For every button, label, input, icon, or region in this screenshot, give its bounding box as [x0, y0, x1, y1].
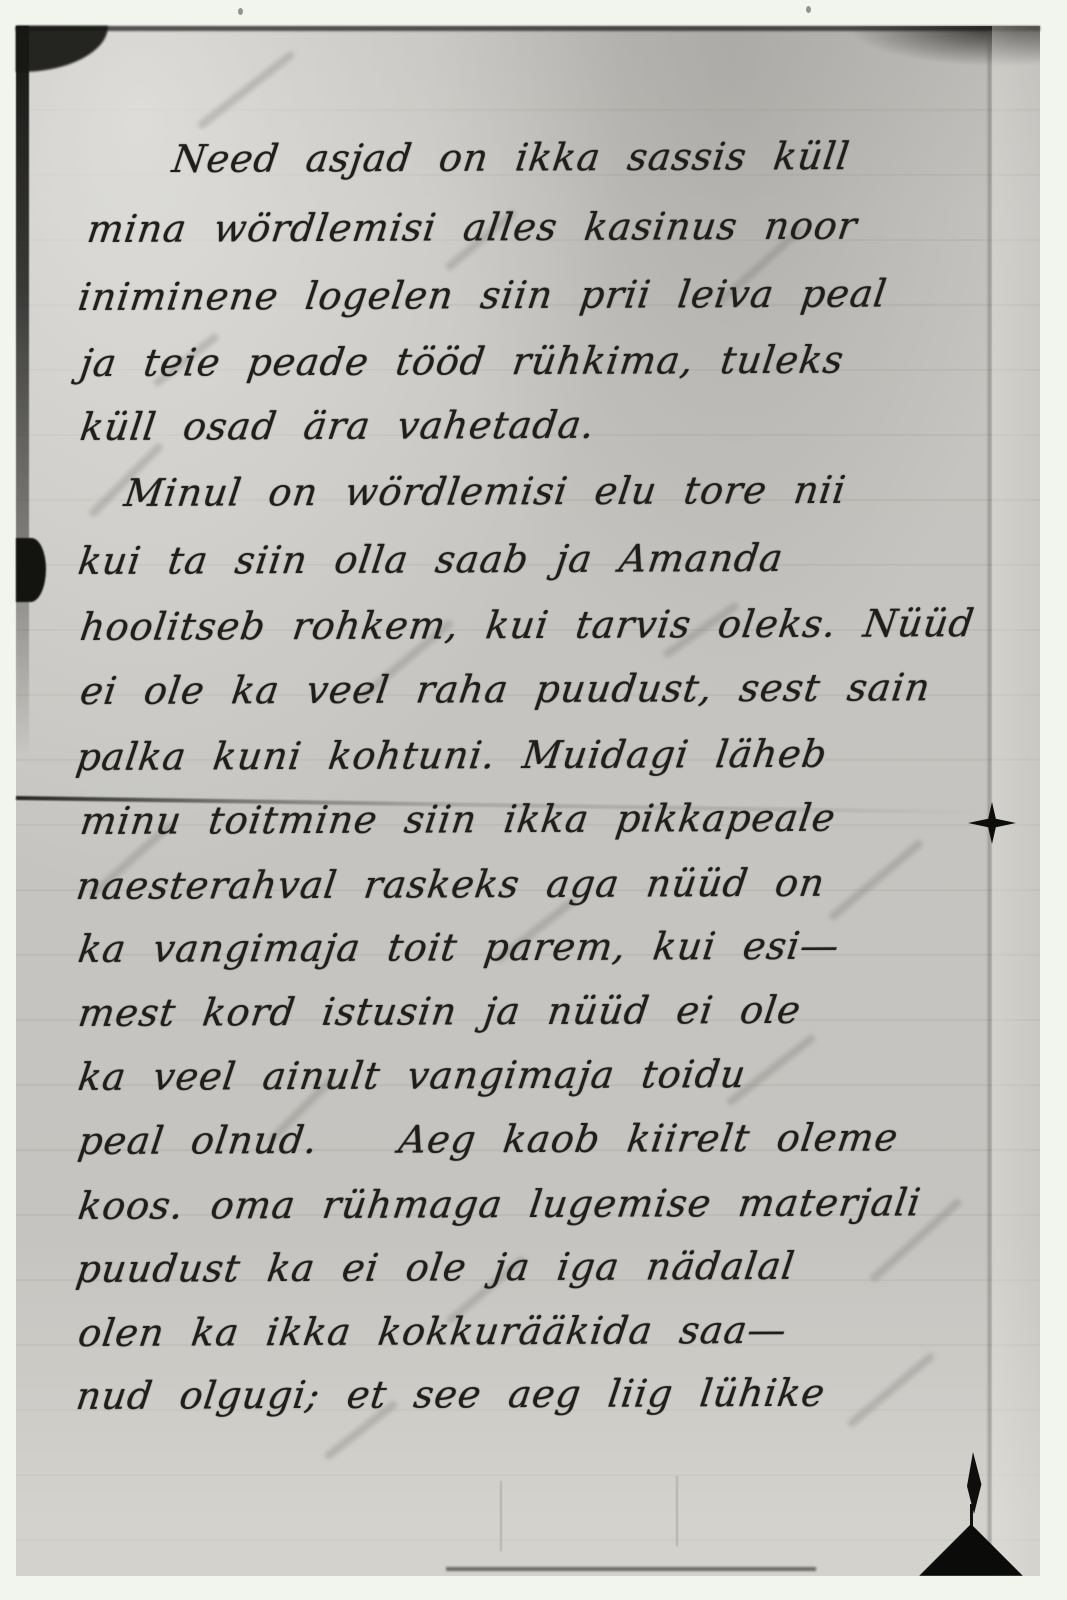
handwritten-line-13: ka vangimaja toit parem, kui esi—	[76, 927, 842, 968]
handwritten-line-15: ka veel ainult vangimaja toidu	[76, 1055, 749, 1096]
handwritten-line-16: peal olnud. Aeg kaob kiirelt oleme	[76, 1118, 901, 1160]
handwritten-line-6: Minul on wördlemisi elu tore nii	[122, 471, 849, 512]
handwritten-line-18: puudust ka ei ole ja iga nädalal	[74, 1247, 797, 1288]
handwritten-line-2: mina wördlemisi alles kasinus noor	[85, 207, 860, 248]
handwritten-line-4: ja teie peade tööd rühkima, tuleks	[78, 341, 846, 382]
handwritten-line-11: minu toitmine siin ikka pikkapeale	[78, 799, 838, 840]
handwritten-line-5: küll osad ära vahetada.	[78, 406, 597, 446]
handwritten-line-3: iniminene logelen siin prii leiva peal	[76, 274, 890, 316]
handwritten-line-12: naesterahval raskeks aga nüüd on	[74, 864, 828, 905]
margin-speck	[238, 8, 243, 15]
handwritten-line-19: olen ka ikka kokkurääkida saa—	[76, 1311, 789, 1352]
handwritten-line-10: palka kuni kohtuni. Muidagi läheb	[74, 735, 830, 776]
handwritten-line-8: hoolitseb rohkem, kui tarvis oleks. Nüüd	[78, 604, 977, 646]
handwritten-line-9: ei ole ka veel raha puudust, sest sain	[78, 668, 933, 710]
handwritten-line-7: kui ta siin olla saab ja Amanda	[76, 539, 786, 580]
photograph-of-handwritten-letter: Need asjad on ikka sassis küll mina wörd…	[16, 26, 1040, 1576]
handwritten-line-1: Need asjad on ikka sassis küll	[170, 137, 852, 178]
handwritten-text-block: Need asjad on ikka sassis küll mina wörd…	[16, 26, 1040, 1576]
handwritten-line-17: koos. oma rühmaga lugemise materjali	[76, 1183, 924, 1225]
handwritten-line-20: nud olgugi; et see aeg liig lühike	[74, 1374, 828, 1415]
handwritten-line-14: mest kord istusin ja nüüd ei ole	[76, 991, 804, 1032]
margin-speck	[806, 6, 811, 13]
